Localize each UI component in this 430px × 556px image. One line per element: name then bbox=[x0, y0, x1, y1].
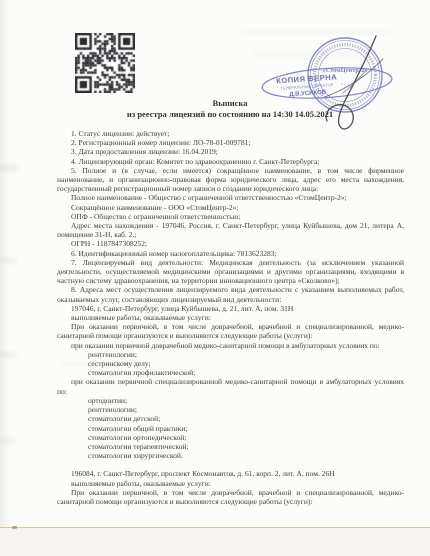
scan-artifact bbox=[2, 258, 16, 263]
body-line: стоматологии ортопедической; bbox=[57, 433, 404, 442]
scan-artifact bbox=[242, 30, 392, 34]
body-line: рентгенологии; bbox=[57, 350, 404, 359]
body-line: выполняемые работы, оказываемые услуги: bbox=[57, 313, 404, 322]
body-line: при оказании первичной доврачебной медик… bbox=[57, 341, 404, 350]
body-line: стоматологии хирургической. bbox=[57, 451, 404, 460]
body-line: стоматологии профилактической; bbox=[57, 368, 404, 377]
body-line: При оказании первичной, в том числе довр… bbox=[57, 322, 404, 340]
scanned-document-page: Выписка из реестра лицензий по состоянию… bbox=[0, 0, 430, 556]
copy-stamp-line3: Д.В.УСИКОВ bbox=[289, 90, 327, 99]
stamp-and-signature: «СтомЦентр-2» • • • КОПИЯ ВЕРНА ГЕНЕРАЛЬ… bbox=[255, 35, 405, 133]
body-line: Полное наименование - Общество с огранич… bbox=[57, 193, 404, 202]
body-line: сестринскому делу; bbox=[57, 359, 404, 368]
body-line: стоматологии детской; bbox=[57, 414, 404, 423]
qr-code bbox=[75, 33, 135, 93]
body-line: 196084, г. Санкт-Петербург, проспект Кос… bbox=[57, 469, 404, 478]
body-line: ОПФ - Общество с ограниченной ответствен… bbox=[57, 212, 404, 221]
document-body: 1. Статус лицензии: действует;2. Регистр… bbox=[57, 129, 404, 506]
paper-edge-mark bbox=[12, 526, 17, 529]
body-line: 8. Адреса мест осуществления лицензируем… bbox=[57, 285, 404, 303]
body-line: выполняемые работы, оказываемые услуги: bbox=[57, 479, 404, 488]
body-line: При оказании первичной, в том числе довр… bbox=[57, 488, 404, 506]
seal-dots: • • • bbox=[341, 83, 349, 88]
scan-artifact bbox=[0, 352, 16, 357]
body-line: стоматологии общей практики; bbox=[57, 424, 404, 433]
body-line: 197046, г. Санкт-Петербург, улица Куйбыш… bbox=[57, 304, 404, 313]
body-line: ОГРН - 1187847308252; bbox=[57, 239, 404, 248]
body-line: 3. Дата предоставления лицензии: 16.04.2… bbox=[57, 147, 404, 156]
body-line: 6. Идентификационный номер налогоплатель… bbox=[57, 249, 404, 258]
body-line: 5. Полное и (в случае, если имеется) сок… bbox=[57, 166, 404, 194]
paper-edge-shadow bbox=[0, 0, 10, 527]
body-line: при оказании первичной специализированно… bbox=[57, 377, 404, 395]
body-line: 7. Лицензируемый вид деятельности: Медиц… bbox=[57, 258, 404, 286]
scan-artifact bbox=[0, 165, 18, 171]
body-line: Адрес места нахождения - 197046, Россия,… bbox=[57, 221, 404, 239]
body-line: рентгенологии; bbox=[57, 405, 404, 414]
scan-artifact bbox=[1, 438, 16, 443]
scan-background-strip bbox=[0, 527, 430, 556]
body-line: Сокращённое наименование - ООО «СтомЦент… bbox=[57, 203, 404, 212]
body-line: стоматологии терапевтической; bbox=[57, 442, 404, 451]
body-line: 4. Лицензирующий орган: Комитет по здрав… bbox=[57, 157, 404, 166]
body-line: 2. Регистрационный номер лицензии: ЛО-78… bbox=[57, 138, 404, 147]
body-line: ортодонтии; bbox=[57, 396, 404, 405]
